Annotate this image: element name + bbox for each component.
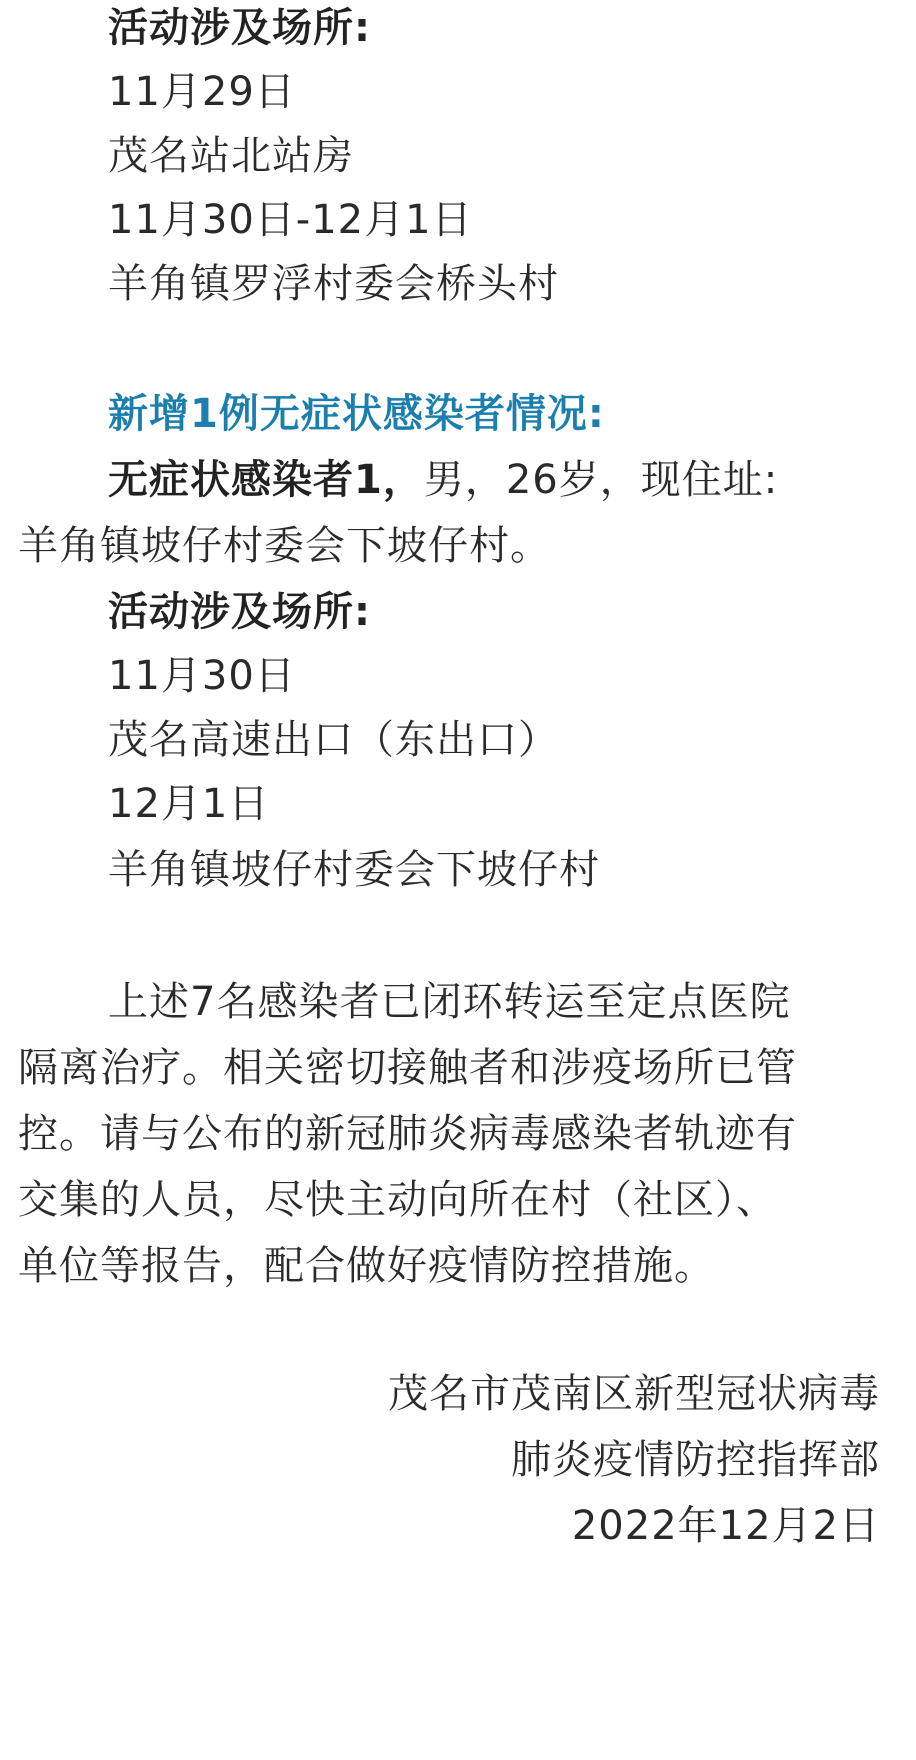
- section-heading-new-asymptomatic: 新增1例无症状感染者情况:: [108, 390, 605, 438]
- place-date: 12月1日: [108, 780, 269, 828]
- summary-line: 单位等报告，配合做好疫情防控措施。: [18, 1242, 715, 1290]
- case-detail: 男，26岁，现住址:: [424, 457, 778, 503]
- summary-line: 上述7名感染者已闭环转运至定点医院: [108, 978, 790, 1026]
- place-date: 11月30日-12月1日: [108, 196, 473, 244]
- place-name: 羊角镇罗浮村委会桥头村: [108, 260, 559, 308]
- case-address: 羊角镇坡仔村委会下坡仔村。: [18, 522, 551, 570]
- place-name: 茂名站北站房: [108, 132, 354, 180]
- summary-line: 控。请与公布的新冠肺炎病毒感染者轨迹有: [18, 1110, 797, 1158]
- signature-date: 2022年12月2日: [572, 1502, 880, 1550]
- place-date: 11月30日: [108, 652, 296, 700]
- places-heading: 活动涉及场所:: [108, 4, 371, 52]
- signature-org-line1: 茂名市茂南区新型冠状病毒: [388, 1370, 880, 1418]
- place-name: 羊角镇坡仔村委会下坡仔村: [108, 846, 600, 894]
- case-label: 无症状感染者1，: [108, 457, 424, 503]
- signature-org-line2: 肺炎疫情防控指挥部: [511, 1436, 880, 1484]
- place-name: 茂名高速出口（东出口）: [108, 716, 559, 764]
- case-description: 无症状感染者1，男，26岁，现住址:: [108, 456, 778, 504]
- summary-line: 隔离治疗。相关密切接触者和涉疫场所已管: [18, 1044, 797, 1092]
- place-date: 11月29日: [108, 68, 296, 116]
- summary-line: 交集的人员，尽快主动向所在村（社区）、: [18, 1176, 777, 1224]
- places-heading: 活动涉及场所:: [108, 588, 371, 636]
